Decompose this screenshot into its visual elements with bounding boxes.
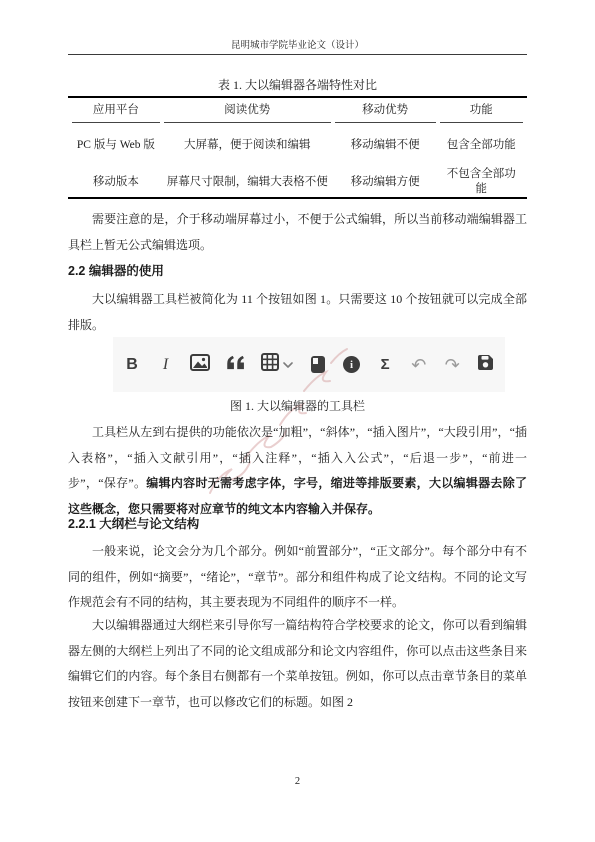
blockquote-button	[226, 353, 246, 377]
bold-button: B	[123, 353, 141, 377]
save-icon	[477, 354, 494, 376]
undo-button: ↶	[410, 353, 428, 377]
sigma-formula-icon: Σ	[381, 356, 390, 373]
table-header-cell: 移动优势	[335, 98, 436, 123]
table-cell: 包含全部功能	[440, 123, 523, 167]
quote-icon	[226, 355, 246, 375]
insert-table-button	[261, 353, 293, 377]
redo-icon: ↷	[445, 356, 460, 374]
table-cell: 移动编辑方便	[335, 167, 436, 197]
table-caption: 表 1. 大以编辑器各端特性对比	[0, 76, 595, 93]
feature-table: 应用平台 阅读优势 移动优势 功能 PC 版与 Web 版 大屏幕，便于阅读和编…	[68, 98, 527, 197]
image-icon	[190, 354, 210, 376]
table-cell: 大屏幕，便于阅读和编辑	[164, 123, 331, 167]
paragraph-outline: 大以编辑器通过大纲栏来引导你写一篇结构符合学校要求的论文，你可以看到编辑器左侧的…	[68, 613, 527, 715]
paragraph-toolbar-intro: 大以编辑器工具栏被简化为 11 个按钮如图 1。只需要这 10 个按钮就可以完成…	[68, 287, 527, 338]
table-header-cell: 阅读优势	[164, 98, 331, 123]
insert-footnote-button: i	[343, 353, 361, 377]
table-row: PC 版与 Web 版 大屏幕，便于阅读和编辑 移动编辑不便 包含全部功能	[72, 123, 523, 167]
table-row: 移动版本 屏幕尺寸限制，编辑大表格不便 移动编辑方便 不包含全部功能	[72, 167, 523, 197]
bold-icon: B	[126, 356, 138, 374]
italic-icon: I	[163, 356, 168, 374]
comparison-table: 应用平台 阅读优势 移动优势 功能 PC 版与 Web 版 大屏幕，便于阅读和编…	[68, 96, 527, 199]
save-button	[477, 353, 495, 377]
table-icon	[261, 353, 279, 376]
insert-formula-button: Σ	[376, 353, 394, 377]
header-rule	[68, 54, 527, 55]
table-cell: 移动版本	[72, 167, 160, 197]
info-icon: i	[343, 356, 360, 373]
undo-icon: ↶	[411, 356, 426, 374]
paragraph-note: 需要注意的是，介于移动端屏幕过小，不便于公式编辑，所以当前移动端编辑器工具栏上暂…	[68, 207, 527, 258]
table-header-cell: 功能	[440, 98, 523, 123]
table-cell: 移动编辑不便	[335, 123, 436, 167]
insert-image-button	[190, 353, 210, 377]
paragraph-toolbar-functions: 工具栏从左到右提供的功能依次是“加粗”，“斜体”，“插入图片”，“大段引用”，“…	[68, 420, 527, 522]
citation-icon	[311, 356, 325, 373]
insert-citation-button	[309, 353, 327, 377]
section-heading-2-2: 2.2 编辑器的使用	[68, 261, 527, 279]
editor-toolbar-figure: B I i Σ ↶ ↷	[113, 337, 505, 392]
table-header-row: 应用平台 阅读优势 移动优势 功能	[72, 98, 523, 123]
figure-caption: 图 1. 大以编辑器的工具栏	[0, 397, 595, 414]
paragraph-structure: 一般来说，论文会分为几个部分。例如“前置部分”，“正文部分”。每个部分中有不同的…	[68, 539, 527, 616]
document-page: 昆明城市学院毕业论文（设计） 表 1. 大以编辑器各端特性对比 应用平台 阅读优…	[0, 0, 595, 842]
redo-button: ↷	[443, 353, 461, 377]
running-header: 昆明城市学院毕业论文（设计）	[0, 37, 595, 51]
table-header-cell: 应用平台	[72, 98, 160, 123]
page-number: 2	[0, 776, 595, 787]
table-cell: 屏幕尺寸限制，编辑大表格不便	[164, 167, 331, 197]
italic-button: I	[157, 353, 175, 377]
table-cell: PC 版与 Web 版	[72, 123, 160, 167]
table-cell: 不包含全部功能	[440, 167, 523, 197]
table-bottom-rule	[68, 197, 527, 199]
section-heading-2-2-1: 2.2.1 大纲栏与论文结构	[68, 514, 527, 532]
chevron-down-icon	[283, 356, 293, 374]
